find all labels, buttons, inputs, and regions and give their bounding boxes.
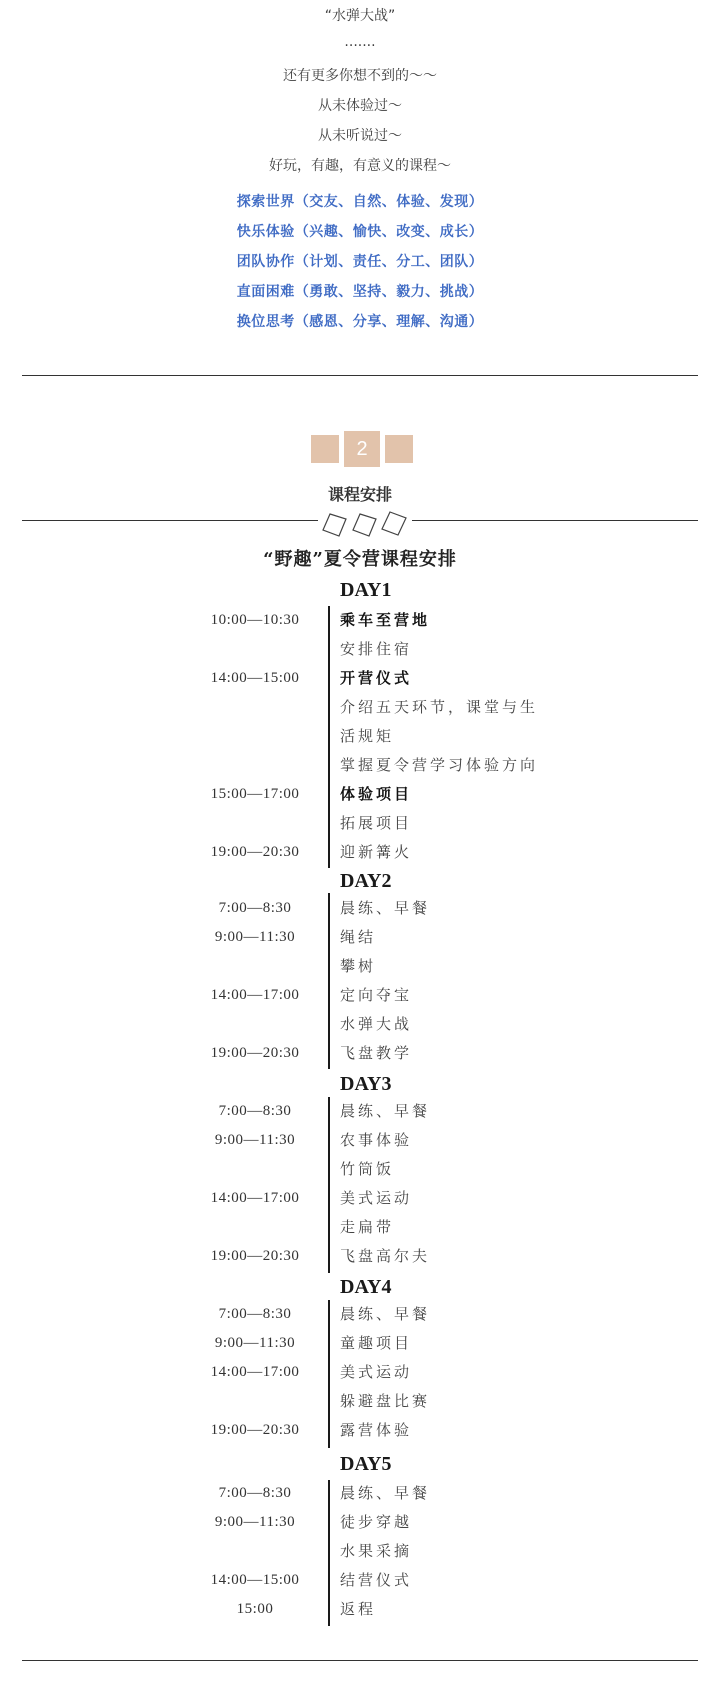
value-item: 探索世界（交友、自然、体验、发现） xyxy=(0,192,720,212)
activity: 躲避盘比赛 xyxy=(340,1391,430,1411)
activity: 农事体验 xyxy=(340,1130,412,1150)
activity: 拓展项目 xyxy=(340,813,412,833)
activity: 攀树 xyxy=(340,956,376,976)
time-slot: 9:00—11:30 xyxy=(200,927,310,947)
day-label: DAY5 xyxy=(340,1452,392,1476)
badge-square-right xyxy=(385,435,413,463)
divider xyxy=(22,375,698,376)
time-slot: 14:00—17:00 xyxy=(200,1362,310,1382)
activity: 绳结 xyxy=(340,927,376,947)
section-title: 课程安排 xyxy=(0,484,720,506)
activity: 晨练、早餐 xyxy=(340,1483,430,1503)
intro-ellipsis: ······· xyxy=(0,36,720,56)
activity: 开营仪式 xyxy=(340,668,412,688)
activity: 美式运动 xyxy=(340,1188,412,1208)
timeline-bar xyxy=(328,893,330,1069)
time-slot: 14:00—17:00 xyxy=(200,985,310,1005)
activity: 迎新篝火 xyxy=(340,842,412,862)
time-slot: 7:00—8:30 xyxy=(200,898,310,918)
activity: 掌握夏令营学习体验方向 xyxy=(340,755,538,775)
badge-square-left xyxy=(311,435,339,463)
time-slot: 14:00—15:00 xyxy=(200,1570,310,1590)
schedule-title: “野趣”夏令营课程安排 xyxy=(0,548,720,572)
diamonds-ornament-icon xyxy=(321,510,411,538)
time-slot: 9:00—11:30 xyxy=(200,1512,310,1532)
activity: 走扁带 xyxy=(340,1217,394,1237)
activity: 晨练、早餐 xyxy=(340,898,430,918)
activity: 体验项目 xyxy=(340,784,412,804)
activity: 竹筒饭 xyxy=(340,1159,394,1179)
activity: 结营仪式 xyxy=(340,1570,412,1590)
timeline-bar xyxy=(328,1480,330,1626)
time-slot: 7:00—8:30 xyxy=(200,1483,310,1503)
activity: 乘车至营地 xyxy=(340,610,430,630)
intro-line: 还有更多你想不到的～～ xyxy=(0,66,720,86)
activity: 晨练、早餐 xyxy=(340,1304,430,1324)
activity: 活规矩 xyxy=(340,726,394,746)
activity: 飞盘高尔夫 xyxy=(340,1246,430,1266)
time-slot: 14:00—15:00 xyxy=(200,668,310,688)
day-label: DAY2 xyxy=(340,869,392,893)
time-slot: 19:00—20:30 xyxy=(200,842,310,862)
day-label: DAY4 xyxy=(340,1275,392,1299)
timeline-bar xyxy=(328,606,330,868)
time-slot: 19:00—20:30 xyxy=(200,1043,310,1063)
activity: 水弹大战 xyxy=(340,1014,412,1034)
time-slot: 15:00—17:00 xyxy=(200,784,310,804)
intro-line: 好玩，有趣，有意义的课程～ xyxy=(0,156,720,176)
activity: 徒步穿越 xyxy=(340,1512,412,1532)
divider xyxy=(22,1660,698,1661)
timeline-bar xyxy=(328,1097,330,1273)
value-item: 快乐体验（兴趣、愉快、改变、成长） xyxy=(0,222,720,242)
timeline-bar xyxy=(328,1300,330,1448)
activity: 介绍五天环节，课堂与生 xyxy=(340,697,538,717)
time-slot: 7:00—8:30 xyxy=(200,1101,310,1121)
time-slot: 19:00—20:30 xyxy=(200,1246,310,1266)
time-slot: 14:00—17:00 xyxy=(200,1188,310,1208)
activity: 晨练、早餐 xyxy=(340,1101,430,1121)
time-slot: 9:00—11:30 xyxy=(200,1130,310,1150)
activity: 美式运动 xyxy=(340,1362,412,1382)
value-item: 团队协作（计划、责任、分工、团队） xyxy=(0,252,720,272)
intro-line: 从未体验过～ xyxy=(0,96,720,116)
time-slot: 10:00—10:30 xyxy=(200,610,310,630)
value-item: 直面困难（勇敢、坚持、毅力、挑战） xyxy=(0,282,720,302)
activity: 露营体验 xyxy=(340,1420,412,1440)
day-label: DAY1 xyxy=(340,578,392,602)
title-rule-right xyxy=(412,520,698,521)
title-rule-left xyxy=(22,520,318,521)
time-slot: 19:00—20:30 xyxy=(200,1420,310,1440)
intro-line: 从未听说过～ xyxy=(0,126,720,146)
activity: 返程 xyxy=(340,1599,376,1619)
day-label: DAY3 xyxy=(340,1072,392,1096)
activity: 安排住宿 xyxy=(340,639,412,659)
intro-line: “水弹大战” xyxy=(0,6,720,26)
time-slot: 7:00—8:30 xyxy=(200,1304,310,1324)
activity: 水果采摘 xyxy=(340,1541,412,1561)
value-item: 换位思考（感恩、分享、理解、沟通） xyxy=(0,312,720,332)
time-slot: 15:00 xyxy=(200,1599,310,1619)
activity: 童趣项目 xyxy=(340,1333,412,1353)
time-slot: 9:00—11:30 xyxy=(200,1333,310,1353)
activity: 飞盘教学 xyxy=(340,1043,412,1063)
activity: 定向夺宝 xyxy=(340,985,412,1005)
section-number: 2 xyxy=(344,431,380,467)
